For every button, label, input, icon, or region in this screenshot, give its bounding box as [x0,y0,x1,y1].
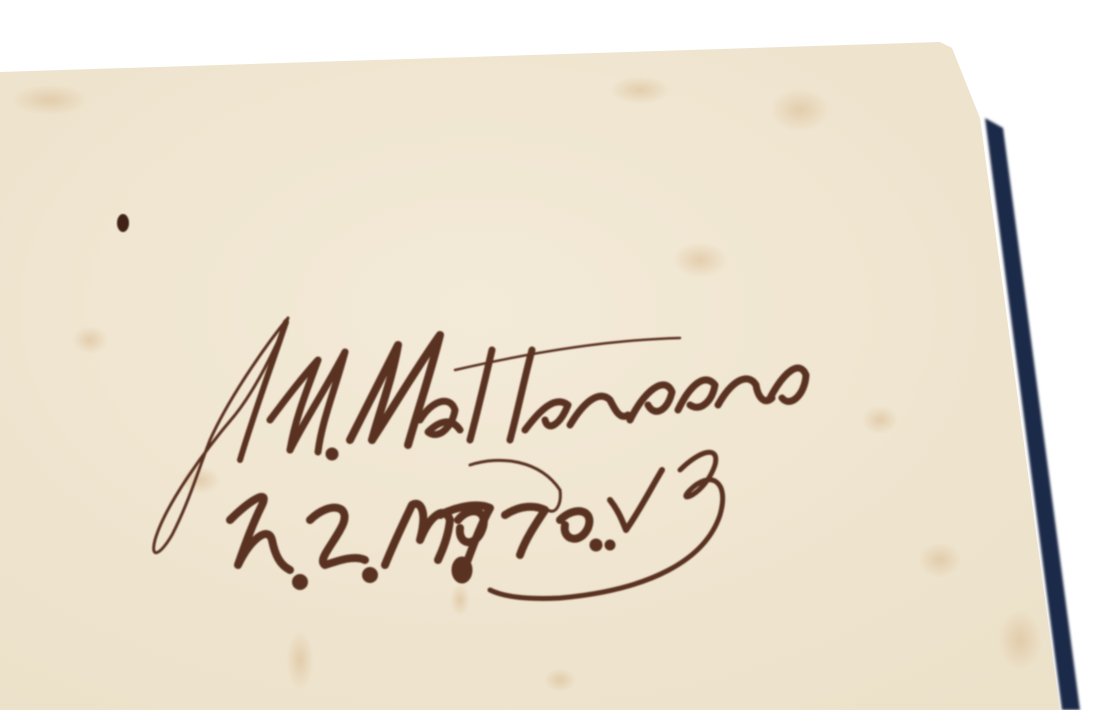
photo-scene: J.W. Watterson R. 2. no 77 do. V. S [0,0,1100,710]
aged-paper-photo [0,0,1100,710]
ink-spot [117,214,129,232]
paper-sheet [0,42,1060,710]
